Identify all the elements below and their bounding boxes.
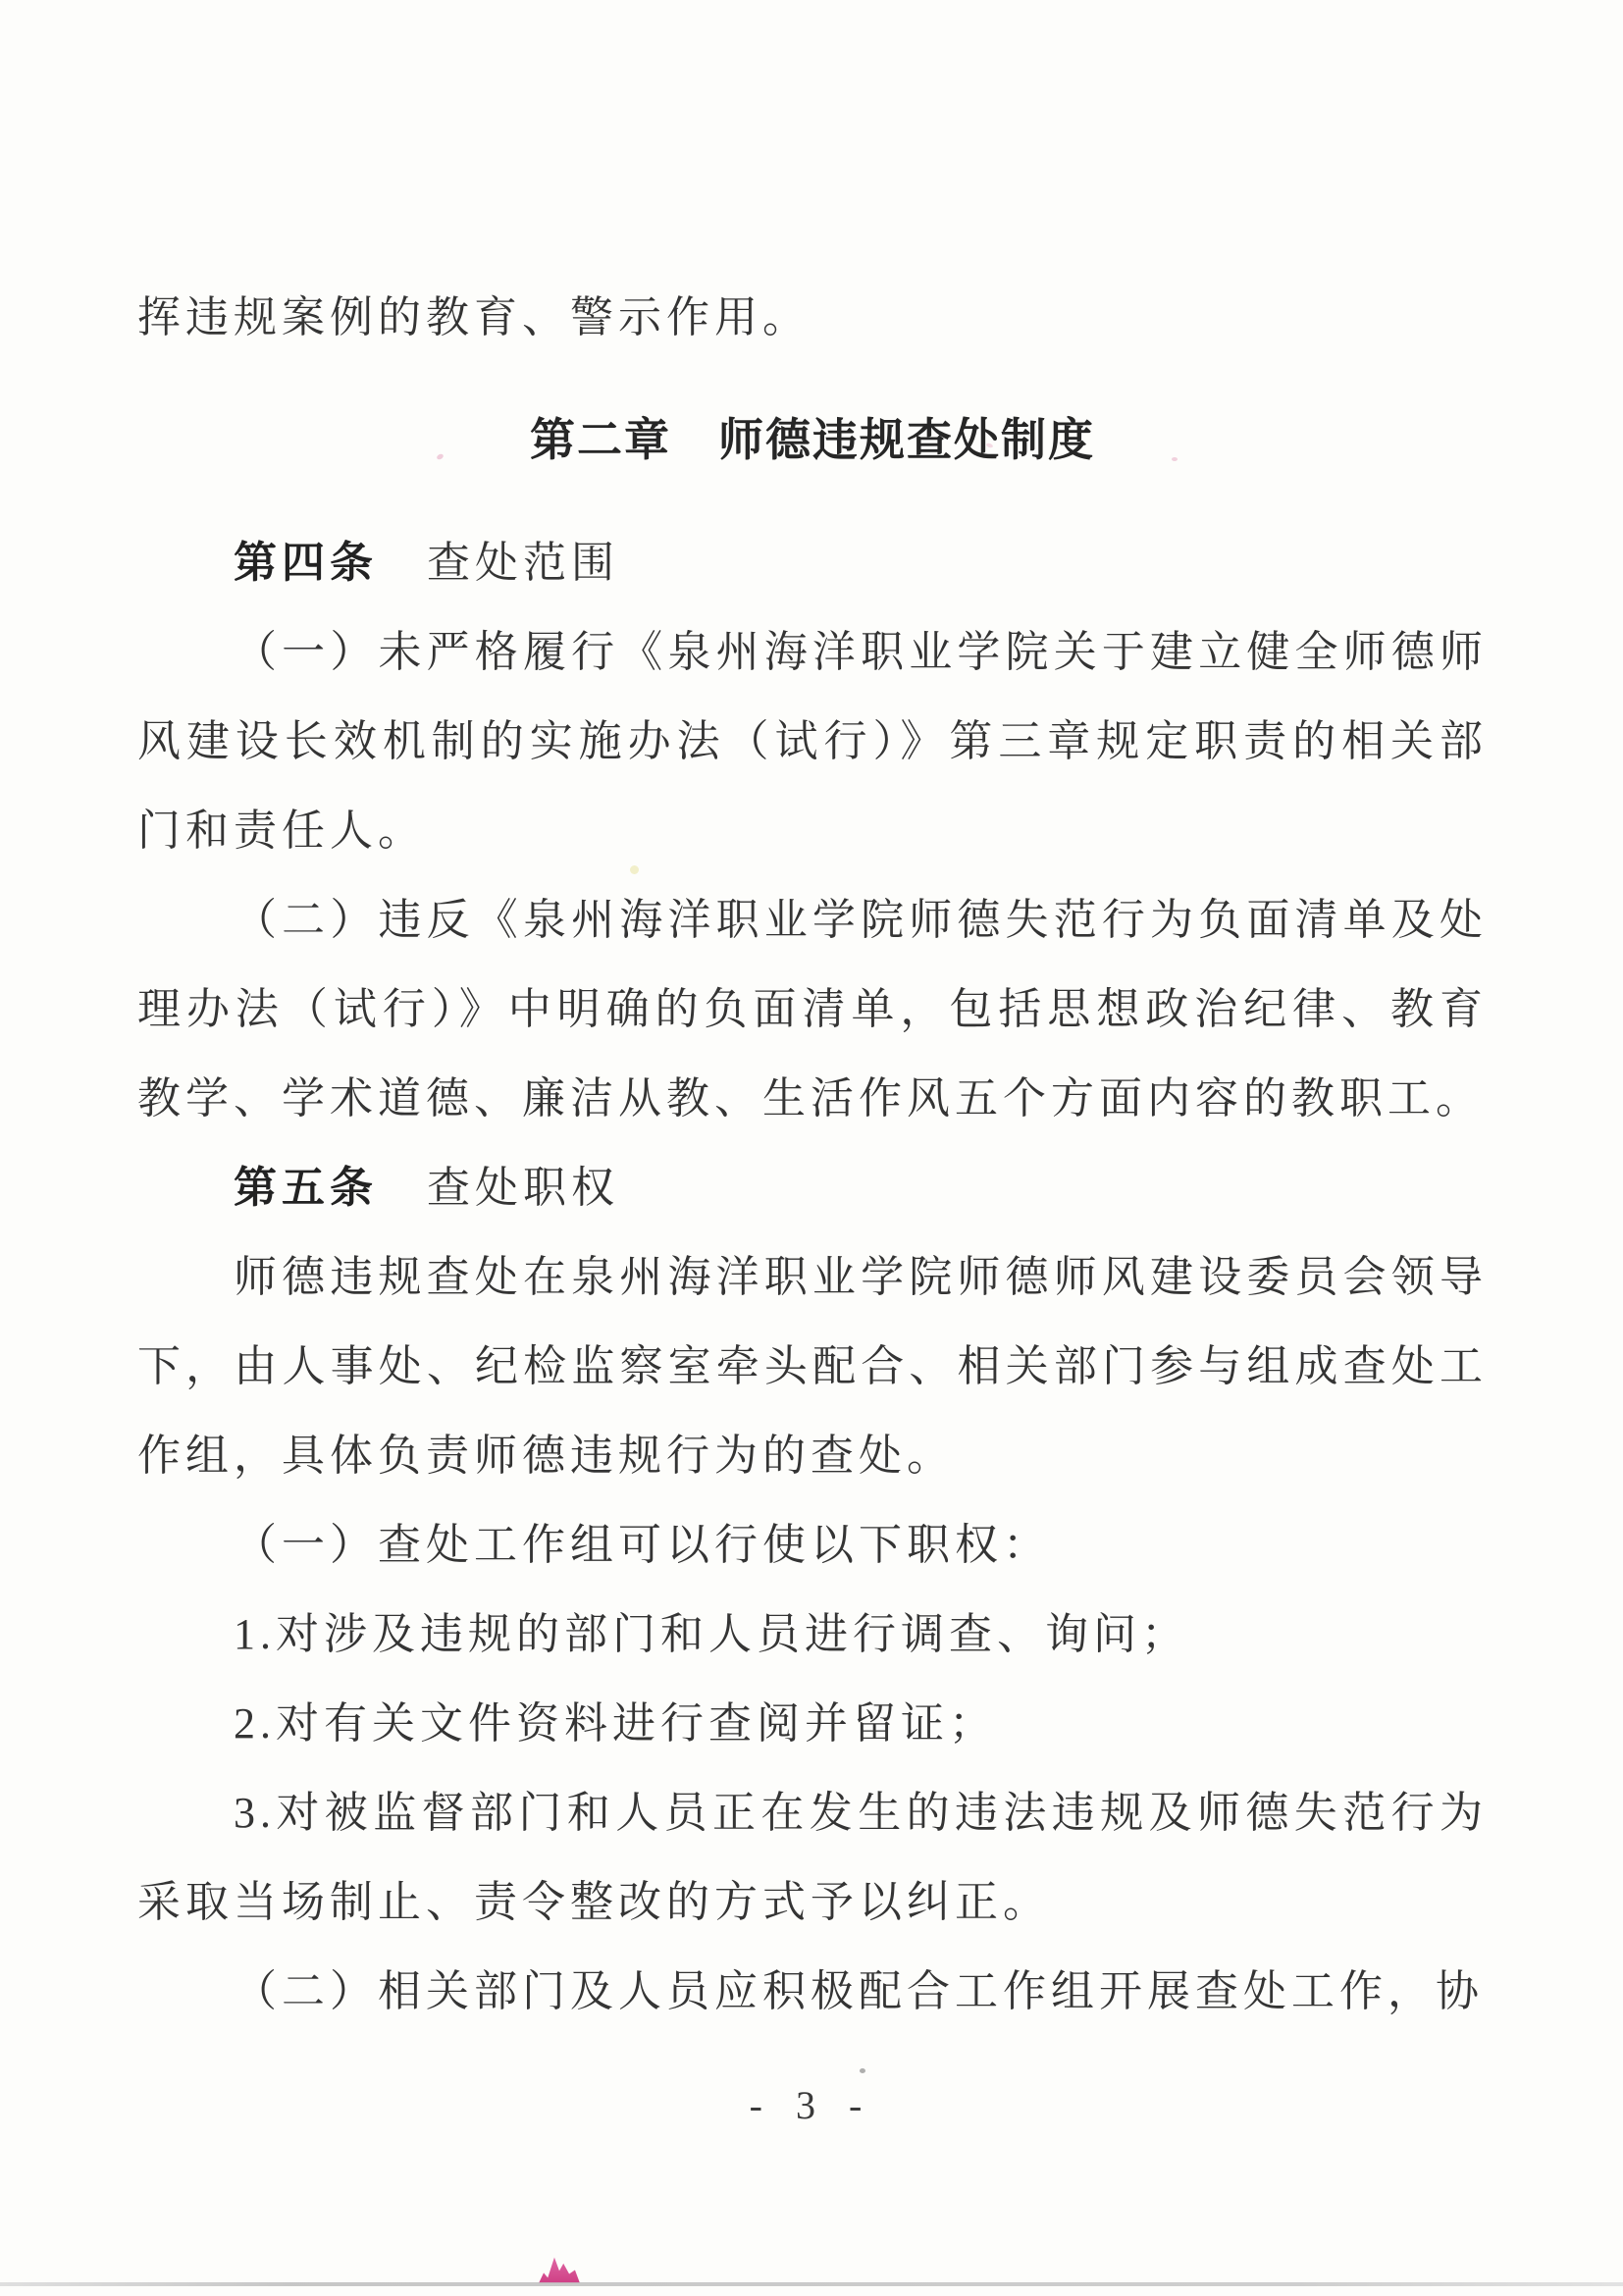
article-title: 查处范围 — [427, 539, 619, 587]
article-heading: 第五条查处职权 — [137, 1143, 1488, 1232]
scan-speck — [630, 865, 639, 874]
paragraph: （二）违反《泉州海洋职业学院师德失范行为负面清单及处理办法（试行）》中明确的负面… — [137, 875, 1488, 1143]
scan-edge-line — [0, 2282, 1623, 2286]
paragraph: （二）相关部门及人员应积极配合工作组开展查处工作，协 — [137, 1947, 1488, 2036]
paragraph-continuation: 挥违规案例的教育、警示作用。 — [137, 273, 1488, 362]
scan-speck-dot — [860, 2068, 865, 2073]
paragraph: （一）查处工作组可以行使以下职权： — [137, 1500, 1488, 1590]
document-body: 挥违规案例的教育、警示作用。第二章 师德违规查处制度第四条查处范围（一）未严格履… — [137, 273, 1488, 2036]
scan-mark-pink — [539, 2256, 580, 2283]
page-number: - 3 - — [0, 2082, 1623, 2128]
paragraph: 2.对有关文件资料进行查阅并留证； — [137, 1679, 1488, 1768]
article-heading: 第四条查处范围 — [137, 518, 1488, 607]
scan-speck — [1172, 457, 1178, 461]
article-number: 第四条 — [234, 539, 378, 587]
article-title: 查处职权 — [427, 1164, 619, 1212]
paragraph: （一）未严格履行《泉州海洋职业学院关于建立健全师德师风建设长效机制的实施办法（试… — [137, 607, 1488, 875]
paragraph: 师德违规查处在泉州海洋职业学院师德师风建设委员会领导下，由人事处、纪检监察室牵头… — [137, 1232, 1488, 1500]
paragraph: 1.对涉及违规的部门和人员进行调查、询问； — [137, 1590, 1488, 1679]
document-page: 挥违规案例的教育、警示作用。第二章 师德违规查处制度第四条查处范围（一）未严格履… — [0, 0, 1623, 2296]
paragraph: 3.对被监督部门和人员正在发生的违法违规及师德失范行为采取当场制止、责令整改的方… — [137, 1768, 1488, 1947]
article-number: 第五条 — [234, 1164, 378, 1212]
chapter-heading: 第二章 师德违规查处制度 — [137, 395, 1488, 485]
